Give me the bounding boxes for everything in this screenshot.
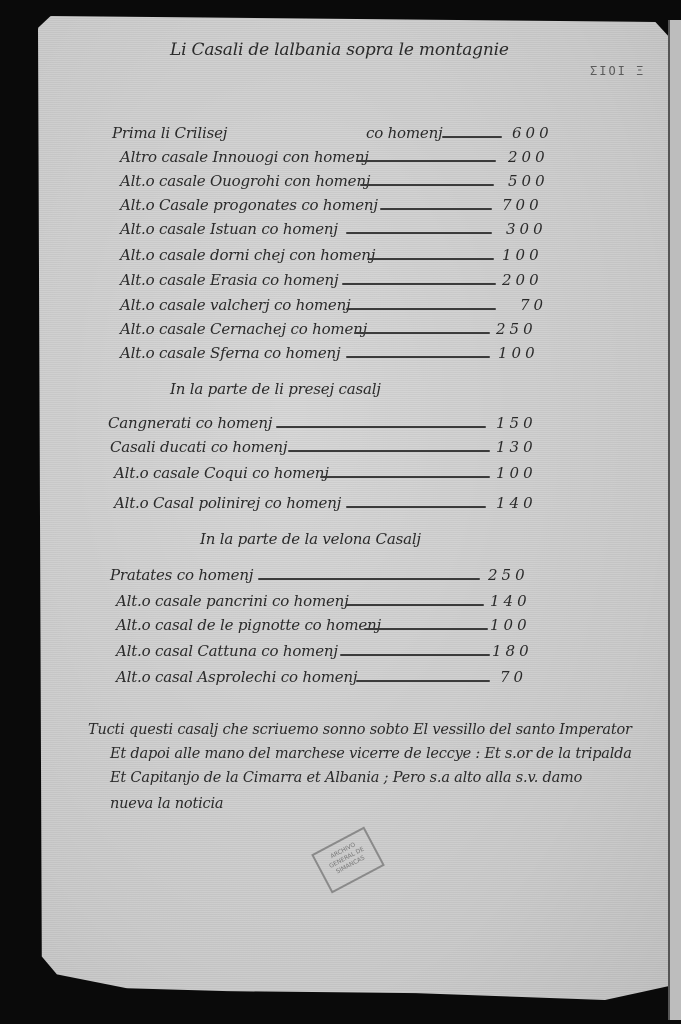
leader-line — [360, 184, 494, 186]
entry-label: Alt.o casal Asprolechi co homenj — [116, 668, 357, 686]
leader-line — [354, 332, 490, 334]
leader-line — [288, 450, 490, 452]
closing-note-line: Et Capitanjo de la Cimarra et Albania ; … — [110, 770, 582, 786]
entry-value: 140 — [490, 592, 531, 610]
leader-line — [356, 160, 496, 162]
entry-label: Alt.o casale Coqui co homenj — [114, 464, 329, 482]
section-heading: In la parte de la velona Casalj — [200, 530, 421, 548]
list-item: Alt.o casale Sferna co homenj 100 — [0, 344, 681, 366]
entry-value: 200 — [508, 148, 549, 166]
leader-line — [346, 604, 484, 606]
page-title: Li Casali de lalbania sopra le montagnie — [170, 40, 509, 60]
list-item: Altro casale Innouogi con homenj 200 — [0, 148, 681, 170]
entry-value: 500 — [508, 172, 549, 190]
list-item: Alt.o casale Erasia co homenj 200 — [0, 271, 681, 293]
entry-label: Alt.o casale valcherj co homenj — [120, 296, 351, 314]
entry-label: Alt.o casal Cattuna co homenj — [116, 642, 338, 660]
leader-line — [356, 680, 490, 682]
entry-value: 150 — [496, 414, 537, 432]
entry-value: 100 — [498, 344, 539, 362]
entry-value: 130 — [496, 438, 537, 456]
entry-label: Altro casale Innouogi con homenj — [120, 148, 369, 166]
leader-line — [342, 283, 496, 285]
entry-label: Alt.o casal de le pignotte co homenj — [116, 616, 381, 634]
list-item: Alt.o casal Asprolechi co homenj 70 — [0, 668, 681, 690]
list-item: Alt.o casale valcherj co homenj 70 — [0, 296, 681, 318]
closing-note-line: nueva la noticia — [110, 796, 223, 812]
entry-value: 180 — [492, 642, 533, 660]
list-item: Cangnerati co homenj 150 — [0, 414, 681, 436]
entry-value: 140 — [496, 494, 537, 512]
leader-line — [276, 426, 486, 428]
entry-label: Pratates co homenj — [110, 566, 253, 584]
entry-label: Cangnerati co homenj — [108, 414, 272, 432]
list-item: Casali ducati co homenj 130 — [0, 438, 681, 460]
leader-line — [380, 208, 492, 210]
list-item: Alt.o Casal polinirej co homenj 140 — [0, 494, 681, 516]
entry-suffix: co homenj — [366, 124, 443, 142]
leader-line — [346, 506, 486, 508]
entry-value: 70 — [500, 668, 527, 686]
entry-label: Alt.o casale Erasia co homenj — [120, 271, 338, 289]
entry-label: Casali ducati co homenj — [110, 438, 287, 456]
list-item: Alt.o casale pancrini co homenj 140 — [0, 592, 681, 614]
entry-value: 250 — [496, 320, 537, 338]
leader-line — [258, 578, 480, 580]
list-item: Alt.o casale Ouogrohi con homenj 500 — [0, 172, 681, 194]
entry-label: Alt.o casale Cernachej co homenj — [120, 320, 367, 338]
entry-value: 100 — [490, 616, 531, 634]
leader-line — [346, 232, 492, 234]
entry-label: Alt.o casale Istuan co homenj — [120, 220, 338, 238]
list-item: Prima li Crilisej co homenj 600 — [0, 124, 681, 146]
list-item: Alt.o casale Cernachej co homenj 250 — [0, 320, 681, 342]
entry-value: 600 — [512, 124, 553, 142]
entry-value: 300 — [506, 220, 547, 238]
folio-number: ΣΙΟΙ Ξ — [590, 64, 645, 78]
entry-value: 70 — [520, 296, 547, 314]
leader-line — [340, 654, 490, 656]
section-heading: In la parte de li presej casalj — [170, 380, 381, 398]
entry-value: 250 — [488, 566, 529, 584]
entry-label: Alt.o casale pancrini co homenj — [116, 592, 349, 610]
list-item: Alt.o casale Coqui co homenj 100 — [0, 464, 681, 486]
list-item: Pratates co homenj 250 — [0, 566, 681, 588]
leader-line — [364, 628, 488, 630]
leader-line — [320, 476, 490, 478]
entry-label: Alt.o casale dorni chej con homenj — [120, 246, 375, 264]
leader-line — [442, 136, 502, 138]
adjacent-page-edge — [668, 20, 681, 1020]
leader-line — [346, 356, 490, 358]
leader-line — [368, 258, 494, 260]
entry-value: 100 — [496, 464, 537, 482]
entry-label: Prima li Crilisej — [112, 124, 227, 142]
leader-line — [346, 308, 496, 310]
entry-label: Alt.o casale Sferna co homenj — [120, 344, 340, 362]
entry-label: Alt.o casale Ouogrohi con homenj — [120, 172, 370, 190]
closing-note-line: Et dapoi alle mano del marchese vicerre … — [110, 746, 632, 762]
entry-value: 200 — [502, 271, 543, 289]
list-item: Alt.o casal Cattuna co homenj 180 — [0, 642, 681, 664]
closing-note-line: Tucti questi casalj che scriuemo sonno s… — [88, 722, 632, 738]
entry-label: Alt.o Casal polinirej co homenj — [114, 494, 341, 512]
entry-value: 700 — [502, 196, 543, 214]
entry-label: Alt.o Casale progonates co homenj — [120, 196, 378, 214]
entry-value: 100 — [502, 246, 543, 264]
list-item: Alt.o casale dorni chej con homenj 100 — [0, 246, 681, 268]
list-item: Alt.o casale Istuan co homenj 300 — [0, 220, 681, 242]
list-item: Alt.o Casale progonates co homenj 700 — [0, 196, 681, 218]
list-item: Alt.o casal de le pignotte co homenj 100 — [0, 616, 681, 638]
